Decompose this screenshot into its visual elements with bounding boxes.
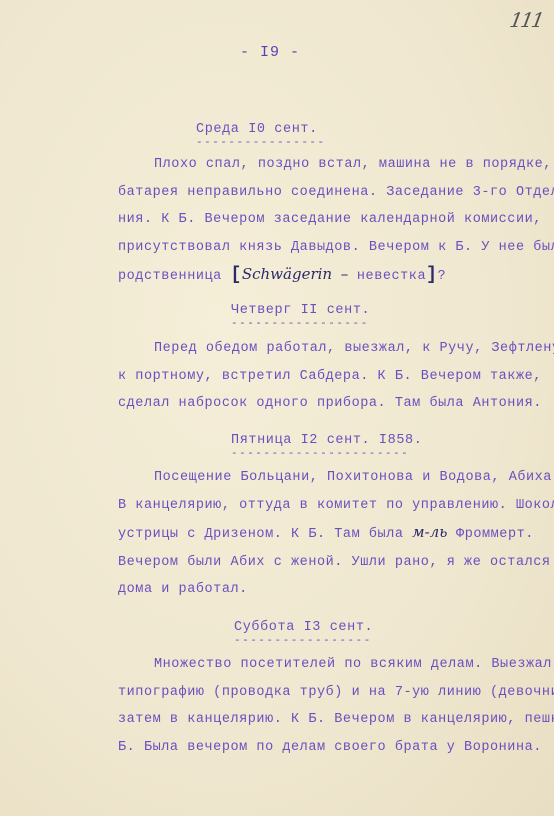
text-line-with-note: родственница [Schwägerin – невестка]? (118, 261, 538, 291)
bracket-open: [ (230, 265, 241, 285)
entry-body-thursday: Перед обедом работал, выезжал, к Ручу, З… (118, 335, 538, 418)
text-line: затем в канцелярию. К Б. Вечером в канце… (118, 706, 538, 734)
text-line: Б. Была вечером по делам своего брата у … (118, 734, 538, 762)
archive-folio-number: 111 (508, 8, 544, 32)
heading-underline: ---------------------- (231, 450, 422, 458)
entry-body-wednesday: Плохо спал, поздно встал, машина не в по… (118, 151, 538, 291)
entry-heading-saturday: Суббота I3 сент. ----------------- (234, 620, 373, 645)
page-number: - I9 - (240, 44, 300, 61)
text-line: ния. К Б. Вечером заседание календарной … (118, 206, 538, 234)
text-line: Посещение Больцани, Похитонова и Водова,… (118, 464, 538, 492)
entry-body-saturday: Множество посетителей по всяким делам. В… (118, 651, 538, 761)
bracket-close: ] (426, 265, 437, 285)
handwritten-dash: – (341, 265, 349, 283)
heading-underline: ----------------- (234, 637, 373, 645)
text-fragment: Фроммерт. (456, 527, 534, 542)
handwritten-note: Schwägerin (242, 265, 332, 283)
heading-text: Среда I0 сент. (196, 122, 318, 137)
text-line: сделал набросок одного прибора. Там была… (118, 390, 538, 418)
text-line: Вечером были Абих с женой. Ушли рано, я … (118, 549, 538, 577)
entry-body-friday: Посещение Больцани, Похитонова и Водова,… (118, 464, 538, 604)
text-line: дома и работал. (118, 576, 538, 604)
text-fragment: родственница (118, 269, 222, 284)
text-line: Множество посетителей по всяким делам. В… (118, 651, 538, 679)
text-line: батарея неправильно соединена. Заседание… (118, 179, 538, 207)
text-line: Плохо спал, поздно встал, машина не в по… (118, 151, 538, 179)
text-fragment: устрицы с Дризеном. К Б. Там была (118, 527, 404, 542)
document-page: 111 - I9 - Среда I0 сент. --------------… (0, 0, 554, 816)
heading-underline: ----------------- (231, 320, 370, 328)
heading-text: Пятница I2 сент. I858. (231, 433, 422, 448)
question-mark: ? (437, 269, 446, 284)
note-translation: невестка (357, 269, 426, 284)
entry-heading-thursday: Четверг II сент. ----------------- (231, 303, 370, 328)
text-line-with-handwriting: устрицы с Дризеном. К Б. Там была м-ль Ф… (118, 519, 538, 549)
entry-heading-wednesday: Среда I0 сент. ---------------- (196, 122, 326, 147)
text-line: типографию (проводка труб) и на 7-ую лин… (118, 679, 538, 707)
text-line: В канцелярию, оттуда в комитет по управл… (118, 492, 538, 520)
entry-heading-friday: Пятница I2 сент. I858. -----------------… (231, 433, 422, 458)
heading-text: Четверг II сент. (231, 303, 370, 318)
heading-text: Суббота I3 сент. (234, 620, 373, 635)
heading-underline: ---------------- (196, 139, 326, 147)
handwritten-insert: м-ль (412, 523, 447, 541)
text-line: присутствовал князь Давыдов. Вечером к Б… (118, 234, 538, 262)
text-line: к портному, встретил Сабдера. К Б. Вечер… (118, 363, 538, 391)
text-line: Перед обедом работал, выезжал, к Ручу, З… (118, 335, 538, 363)
